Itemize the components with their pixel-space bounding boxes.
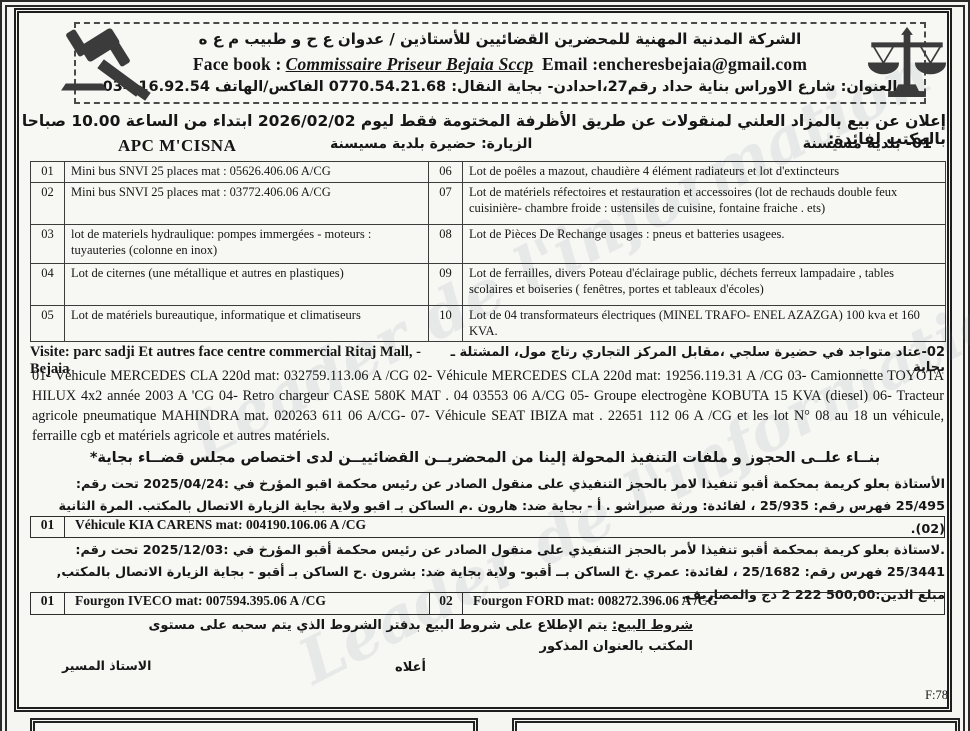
lot-number: 02 (429, 593, 463, 614)
lot-desc: Lot de ferrailles, divers Poteau d'éclai… (463, 264, 946, 306)
next-announcement-box-right (512, 718, 960, 731)
lot-desc: Fourgon FORD mat: 008272.396.06 A /CG (463, 593, 728, 614)
lot-number: 01 (31, 517, 65, 537)
lot-number: 05 (31, 306, 65, 342)
table-row: 03 lot de materiels hydraulique: pompes … (31, 225, 946, 264)
facebook-page-name: Commissaire Priseur Bejaia Sccp (286, 54, 534, 74)
contact-line: Face book :Commissaire Priseur Bejaia Sc… (76, 54, 924, 75)
lot-desc: Lot de matériels réfectoires et restaura… (463, 183, 946, 225)
lot-desc: Véhicule KIA CARENS mat: 004190.106.06 A… (65, 517, 376, 537)
lot-number: 09 (429, 264, 463, 306)
company-name: الشركة المدنية المهنية للمحضرين القضائيي… (76, 30, 924, 48)
lot-desc: Lot de citernes (une métallique et autre… (65, 264, 429, 306)
lots-table: 01 Mini bus SNVI 25 places mat : 05626.4… (30, 161, 946, 342)
lot-number: 10 (429, 306, 463, 342)
seizures-heading: بنــاء علــى الحجوز و ملفات التنفيذ المح… (0, 450, 970, 466)
lot-number: 06 (429, 162, 463, 183)
visit-place: الزيارة: حضيرة بلدية مسيسنة (330, 136, 532, 152)
lot-number: 07 (429, 183, 463, 225)
office-header-box: الشركة المدنية المهنية للمحضرين القضائيي… (74, 22, 926, 104)
lot-desc: Mini bus SNVI 25 places mat : 05626.406.… (65, 162, 429, 183)
beneficiary-line: 01- بلدية مسيسنة الزيارة: حضيرة بلدية مس… (0, 136, 970, 160)
lot-desc: Lot de poêles a mazout, chaudière 4 élém… (463, 162, 946, 183)
sale-conditions: شروط البيع: يتم الإطلاع على شروط البيع ب… (128, 616, 693, 678)
vehicles-paragraph: 01- Véhicule MERCEDES CLA 220d mat: 0327… (32, 366, 944, 447)
address-line: العنوان: شارع الاوراس بناية حداد رقم27،ا… (76, 79, 924, 95)
lot-number: 08 (429, 225, 463, 264)
page-reference: F:78 (925, 688, 948, 703)
lot-number: 04 (31, 264, 65, 306)
beneficiary-name: 01- بلدية مسيسنة (803, 136, 932, 152)
lot-desc: Mini bus SNVI 25 places mat : 03772.406.… (65, 183, 429, 225)
table-row: 02 Mini bus SNVI 25 places mat : 03772.4… (31, 183, 946, 225)
signature-title: الاستاذ المسير (62, 658, 151, 673)
lot-desc: Lot de 04 transformateurs électriques (M… (463, 306, 946, 342)
email-text: Email :encheresbejaia@gmail.com (542, 54, 807, 74)
lot-number: 01 (31, 162, 65, 183)
table-row: 01 Mini bus SNVI 25 places mat : 05626.4… (31, 162, 946, 183)
lot-desc: Fourgon IVECO mat: 007594.395.06 A /CG (65, 593, 429, 614)
apc-name: APC M'CISNA (118, 136, 236, 156)
lot-number: 01 (31, 593, 65, 614)
next-announcement-box-left (30, 718, 478, 731)
fourgons-row: 01 Fourgon IVECO mat: 007594.395.06 A /C… (30, 592, 945, 615)
kia-carens-row: 01 Véhicule KIA CARENS mat: 004190.106.0… (30, 516, 945, 538)
sale-conditions-label: شروط البيع: (612, 618, 693, 633)
lot-desc: Lot de matériels bureautique, informatiq… (65, 306, 429, 342)
scales-of-justice-icon (864, 26, 950, 110)
lot-number: 03 (31, 225, 65, 264)
table-row: 04 Lot de citernes (une métallique et au… (31, 264, 946, 306)
table-row: 05 Lot de matériels bureautique, informa… (31, 306, 946, 342)
lot-desc: Lot de Pièces De Rechange usages : pneus… (463, 225, 946, 264)
lot-desc: lot de materiels hydraulique: pompes imm… (65, 225, 429, 264)
facebook-label: Face book : (193, 54, 282, 74)
sale-conditions-line2: أعلاه (128, 658, 693, 679)
sale-conditions-line1: شروط البيع: يتم الإطلاع على شروط البيع ب… (128, 616, 693, 658)
lot-number: 02 (31, 183, 65, 225)
gavel-icon (58, 26, 168, 112)
